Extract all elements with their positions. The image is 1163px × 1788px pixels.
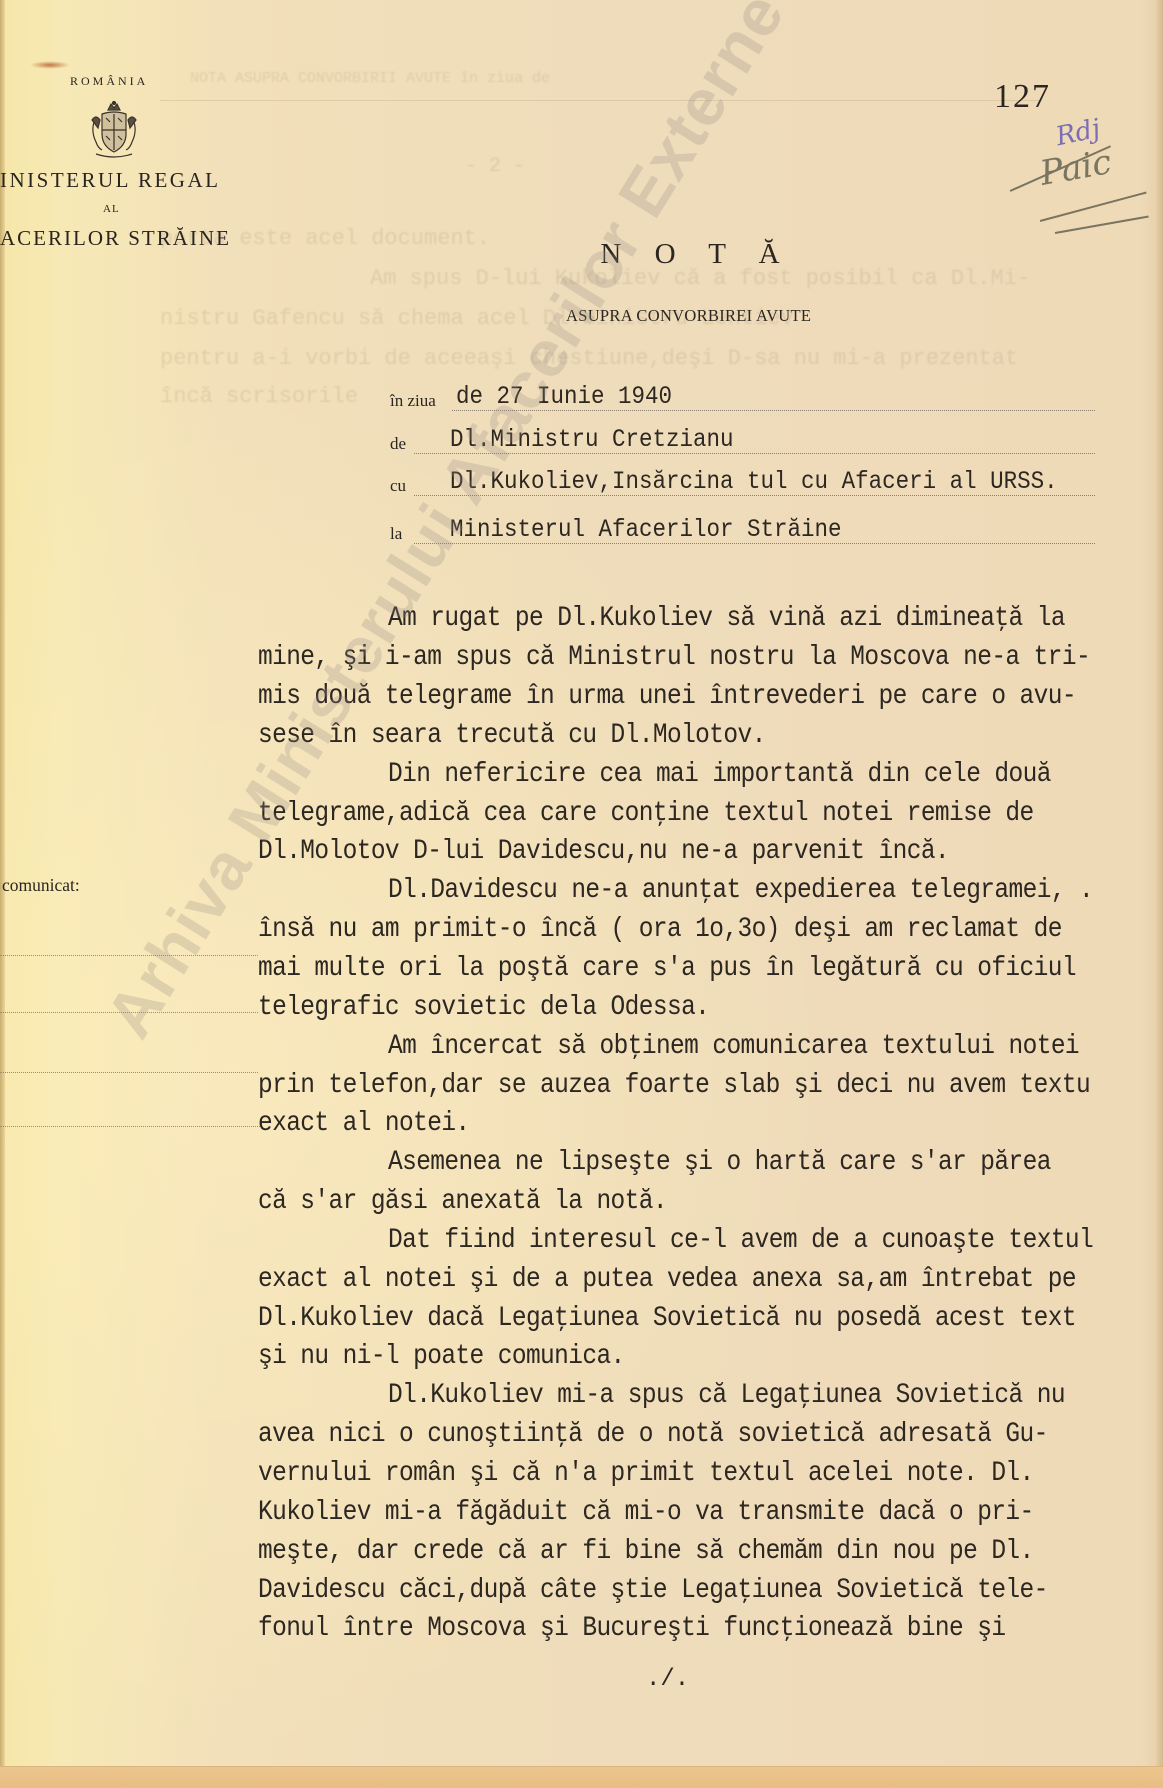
rust-stain: [30, 61, 70, 69]
bleed-through-rule: [160, 100, 1040, 101]
margin-dotted-line: [0, 955, 258, 956]
form-label: în ziua: [390, 391, 436, 411]
letterhead-country: ROMÂNIA: [70, 74, 148, 89]
bleed-through-page-marker: - 2 -: [465, 155, 525, 178]
body-line: Dat fiind interesul ce-l avem de a cunoa…: [388, 1228, 1093, 1256]
body-line: Dl.Molotov D-lui Davidescu,nu ne-a parve…: [258, 839, 949, 867]
body-line: mai multe ori la poştă care s'a pus în l…: [258, 956, 1076, 984]
body-line: că s'ar găsi anexată la notă.: [258, 1189, 667, 1217]
form-row-date: în ziua de 27 Iunie 1940: [390, 377, 1095, 417]
body-line: exact al notei.: [258, 1111, 470, 1139]
form-label: cu: [390, 476, 406, 496]
body-line: telegrafic sovietic dela Odessa.: [258, 995, 709, 1023]
form-value-by: Dl.Ministru Cretzianu: [450, 425, 734, 454]
body-line: mis două telegrame în urma unei întreved…: [258, 684, 1076, 712]
form-row-with: cu Dl.Kukoliev,Insărcina tul cu Afaceri …: [390, 462, 1095, 502]
letterhead-ministry: INISTERUL REGAL: [0, 168, 220, 193]
continuation-mark: ./.: [646, 1666, 689, 1693]
margin-dotted-line: [0, 1072, 258, 1073]
bleed-through-header: NOTA ASUPRA CONVORBIRII AVUTE în ziua de: [190, 70, 550, 87]
body-line: prin telefon,dar se auzea foarte slab şi…: [258, 1073, 1090, 1101]
form-value-at: Ministerul Afacerilor Străine: [450, 515, 842, 544]
body-line: Am încercat să obţinem comunicarea textu…: [388, 1034, 1079, 1062]
margin-dotted-line: [0, 1126, 262, 1127]
body-line: Dl.Kukoliev mi-a spus că Legaţiunea Sovi…: [388, 1383, 1065, 1411]
page-bottom-fold: [0, 1766, 1163, 1788]
margin-label-communicated: comunicat:: [2, 875, 80, 896]
body-line: fonul între Moscova şi Bucureşti funcţio…: [258, 1616, 1005, 1644]
letterhead-al: AL: [103, 203, 120, 215]
document-title: N O T Ă: [0, 238, 1163, 271]
margin-dotted-line: [0, 1012, 258, 1013]
body-line: avea nici o cunoştiinţă de o notă soviet…: [258, 1422, 1048, 1450]
document-subtitle: ASUPRA CONVORBIREI AVUTE: [566, 306, 811, 326]
body-line: însă nu am primit-o încă ( ora 1o,3o) de…: [258, 917, 1062, 945]
body-line: vernului român şi că n'a primit textul a…: [258, 1461, 1034, 1489]
body-line: mine, şi i-am spus că Ministrul nostru l…: [258, 645, 1090, 673]
document-page: NOTA ASUPRA CONVORBIRII AVUTE în ziua de…: [0, 0, 1163, 1788]
body-line: Dl.Davidescu ne-a anunţat expedierea tel…: [388, 878, 1093, 906]
form-value-date: de 27 Iunie 1940: [456, 382, 672, 411]
form-row-by: de Dl.Ministru Cretzianu: [390, 420, 1095, 460]
royal-coat-of-arms-icon: [88, 100, 140, 160]
form-label: de: [390, 434, 406, 454]
pencil-stroke: [1040, 192, 1147, 222]
form-value-with: Dl.Kukoliev,Insărcina tul cu Afaceri al …: [450, 467, 1058, 496]
body-line: Asemenea ne lipseşte şi o hartă care s'a…: [388, 1150, 1051, 1178]
bleed-through-line: pentru a-i vorbi de aceeaşi chestiune,de…: [160, 346, 1018, 371]
folio-number: 127: [994, 78, 1051, 116]
body-line: exact al notei şi de a putea vedea anexa…: [258, 1267, 1076, 1295]
body-line: Davidescu căci,după câte ştie Legaţiunea…: [258, 1578, 1048, 1606]
body-line: sese în seara trecută cu Dl.Molotov.: [258, 723, 766, 751]
body-line: telegrame,adică cea care conţine textul …: [258, 801, 1034, 829]
bleed-through-line: încă scrisorile: [160, 384, 358, 409]
body-line: Kukoliev mi-a făgăduit că mi-o va transm…: [258, 1500, 1034, 1528]
pencil-stroke: [1055, 216, 1149, 234]
form-row-at: la Ministerul Afacerilor Străine: [390, 510, 1095, 550]
form-label: la: [390, 524, 402, 544]
body-line: meşte, dar crede că ar fi bine să chemăm…: [258, 1539, 1034, 1567]
body-line: Dl.Kukoliev dacă Legaţiunea Sovietică nu…: [258, 1306, 1076, 1334]
body-line: Din nefericire cea mai importantă din ce…: [388, 762, 1051, 790]
body-line: Am rugat pe Dl.Kukoliev să vină azi dimi…: [388, 606, 1065, 634]
body-line: şi nu ni-l poate comunica.: [258, 1344, 625, 1372]
